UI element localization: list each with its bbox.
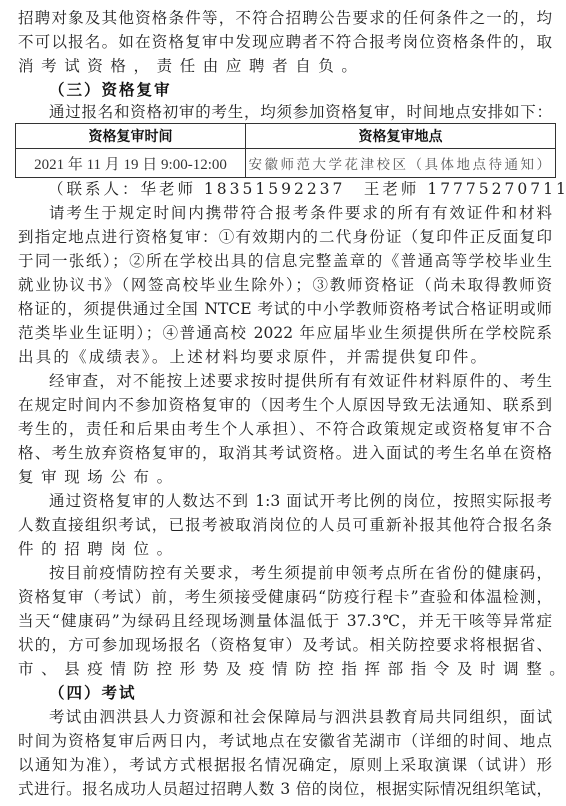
paragraph-line: 件的招聘岗位。: [18, 537, 180, 561]
paragraph-line: 时间为资格复审后两日内，考试地点在安徽省芜湖市（详细的时间、地点: [18, 729, 552, 753]
paragraph-line: 出具的《成绩表》。上述材料均要求原件，并需提供复印件。: [18, 345, 488, 369]
paragraph-line: 以通知为准），考试方式根据报名情况确定，原则上采取演课（试讲）形: [18, 753, 552, 777]
table-header-location: 资格复审地点: [246, 124, 556, 149]
paragraph-line: 不可以报名。如在资格复审中发现应聘者不符合报考岗位资格条件的，取: [18, 30, 552, 54]
paragraph-line: 状的，方可参加现场报名（资格复审）及考试。相关防控要求将根据省、: [18, 633, 552, 657]
qualification-review-schedule-table: 资格复审时间 资格复审地点 2021 年 11 月 19 日 9:00-12:0…: [15, 123, 556, 178]
paragraph-line: 到指定地点进行资格复审：①有效期内的二代身份证（复印件正反面复印: [18, 225, 552, 249]
paragraph-line: 式进行。报名成功人员超过招聘人数 3 倍的岗位，根据实际情况组织笔试，: [18, 777, 552, 801]
paragraph-line: 资格复审（考试）前，考生须接受健康码“防疫行程卡”查验和体温检测，: [18, 585, 552, 609]
table-header-row: 资格复审时间 资格复审地点: [16, 124, 556, 149]
paragraph-line: 请考生于规定时间内携带符合报考条件要求的所有有效证件和材料: [49, 201, 552, 225]
section-heading-qualification-review: （三）资格复审: [49, 78, 172, 102]
paragraph-line: 考生的，责任和后果由考生个人承担）、不符合政策规定或资格复审不合: [18, 417, 552, 441]
paragraph-line: 经审查，对不能按上述要求按时提供所有有效证件材料原件的、考生: [49, 369, 552, 393]
paragraph-line: 通过报名和资格初审的考生，均须参加资格复审，时间地点安排如下：: [49, 100, 552, 124]
contact-info: （联系人：华老师 18351592237 王老师 17775270711）: [48, 177, 566, 201]
paragraph-line: 招聘对象及其他资格条件等，不符合招聘公告要求的任何条件之一的，均: [18, 6, 552, 30]
paragraph-line: 范类毕业生证明）；④普通高校 2022 年应届毕业生须提供所在学校院系: [18, 321, 552, 345]
paragraph-line: 就业协议书》（网签高校毕业生除外）；③教师资格证（尚未取得教师资: [18, 273, 552, 297]
paragraph-line: 于同一张纸）；②所在学校出具的信息完整盖章的《普通高等学校毕业生: [18, 249, 552, 273]
paragraph-line: 按目前疫情防控有关要求，考生须提前申领考点所在省份的健康码，: [49, 561, 552, 585]
paragraph-line: 考试由泗洪县人力资源和社会保障局与泗洪县教育局共同组织，面试: [49, 705, 552, 729]
paragraph-line: 当天“健康码”为绿码且经现场测量体温低于 37.3℃，并无干咳等异常症: [18, 609, 552, 633]
table-header-time: 资格复审时间: [16, 124, 246, 149]
table-row: 2021 年 11 月 19 日 9:00-12:00 安徽师范大学花津校区（具…: [16, 149, 556, 178]
paragraph-line: 消考试资格，责任由应聘者自负。: [18, 54, 365, 78]
paragraph-line: 在规定时间内不参加资格复审的（因考生个人原因导致无法通知、联系到: [18, 393, 552, 417]
review-location-cell: 安徽师范大学花津校区（具体地点待通知）: [246, 149, 556, 178]
paragraph-line: 格、考生放弃资格复审的，取消其考试资格。进入面试的考生名单在资格: [18, 441, 552, 465]
review-time-cell: 2021 年 11 月 19 日 9:00-12:00: [16, 149, 246, 178]
paragraph-line: 复审现场公布。: [18, 465, 180, 489]
paragraph-line: 人数直接组织考试，已报考被取消岗位的人员可重新补报其他符合报名条: [18, 513, 552, 537]
section-heading-exam: （四）考试: [49, 681, 137, 705]
paragraph-line: 格证的，须提供通过全国 NTCE 考试的中小学教师资格考试合格证明或师: [18, 297, 552, 321]
paragraph-line: 通过资格复审的人数达不到 1:3 面试开考比例的岗位，按照实际报考: [49, 489, 552, 513]
paragraph-line: 市、县疫情防控形势及疫情防控指挥部指令及时调整。: [18, 657, 566, 681]
